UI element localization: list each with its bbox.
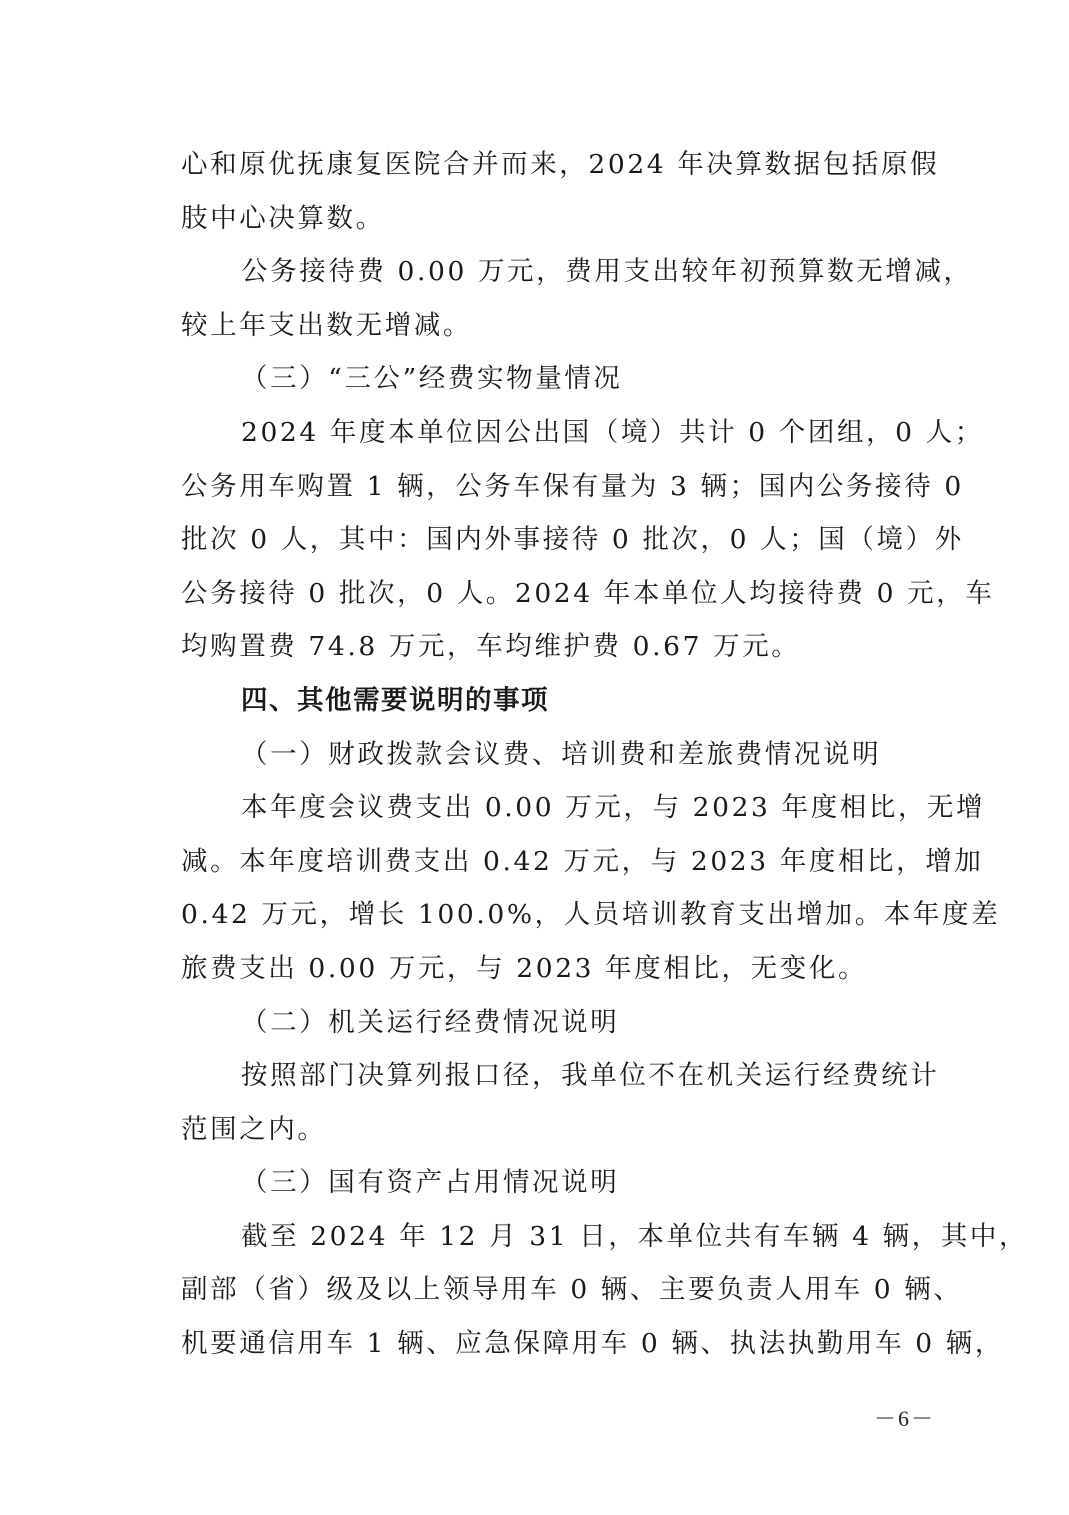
- subsection-heading-three-public-expenses: （三）“三公”经费实物量情况: [181, 352, 923, 406]
- paragraph-line: 副部（省）级及以上领导用车 0 辆、主要负责人用车 0 辆、: [181, 1263, 923, 1317]
- paragraph-line: 公务接待费 0.00 万元，费用支出较年初预算数无增减，: [181, 245, 923, 299]
- paragraph-line: 范围之内。: [181, 1103, 923, 1157]
- paragraph-line: 减。本年度培训费支出 0.42 万元，与 2023 年度相比，增加: [181, 835, 923, 889]
- subsection-heading-operating-expenses: （二）机关运行经费情况说明: [181, 996, 923, 1050]
- paragraph-line: 批次 0 人，其中：国内外事接待 0 批次，0 人；国（境）外: [181, 513, 923, 567]
- paragraph-line: 公务用车购置 1 辆，公务车保有量为 3 辆；国内公务接待 0: [181, 460, 923, 514]
- paragraph-line: 0.42 万元，增长 100.0%，人员培训教育支出增加。本年度差: [181, 888, 923, 942]
- section-heading-other-matters: 四、其他需要说明的事项: [181, 674, 923, 728]
- page-number: －6－: [874, 1402, 935, 1433]
- paragraph-line: 较上年支出数无增减。: [181, 299, 923, 353]
- paragraph-line: 2024 年度本单位因公出国（境）共计 0 个团组，0 人；: [181, 406, 923, 460]
- document-page: 心和原优抚康复医院合并而来，2024 年决算数据包括原假 肢中心决算数。 公务接…: [0, 0, 1069, 1515]
- paragraph-line: 机要通信用车 1 辆、应急保障用车 0 辆、执法执勤用车 0 辆，: [181, 1317, 923, 1371]
- subsection-heading-meeting-training-travel: （一）财政拨款会议费、培训费和差旅费情况说明: [181, 728, 923, 782]
- paragraph-line: 按照部门决算列报口径，我单位不在机关运行经费统计: [181, 1049, 923, 1103]
- paragraph-line: 肢中心决算数。: [181, 192, 923, 246]
- subsection-heading-state-assets: （三）国有资产占用情况说明: [181, 1156, 923, 1210]
- paragraph-line: 旅费支出 0.00 万元，与 2023 年度相比，无变化。: [181, 942, 923, 996]
- paragraph-line: 心和原优抚康复医院合并而来，2024 年决算数据包括原假: [181, 138, 923, 192]
- paragraph-line: 截至 2024 年 12 月 31 日，本单位共有车辆 4 辆，其中，: [181, 1210, 923, 1264]
- paragraph-line: 均购置费 74.8 万元，车均维护费 0.67 万元。: [181, 620, 923, 674]
- paragraph-line: 本年度会议费支出 0.00 万元，与 2023 年度相比，无增: [181, 781, 923, 835]
- paragraph-line: 公务接待 0 批次，0 人。2024 年本单位人均接待费 0 元，车: [181, 567, 923, 621]
- document-body: 心和原优抚康复医院合并而来，2024 年决算数据包括原假 肢中心决算数。 公务接…: [181, 138, 923, 1371]
